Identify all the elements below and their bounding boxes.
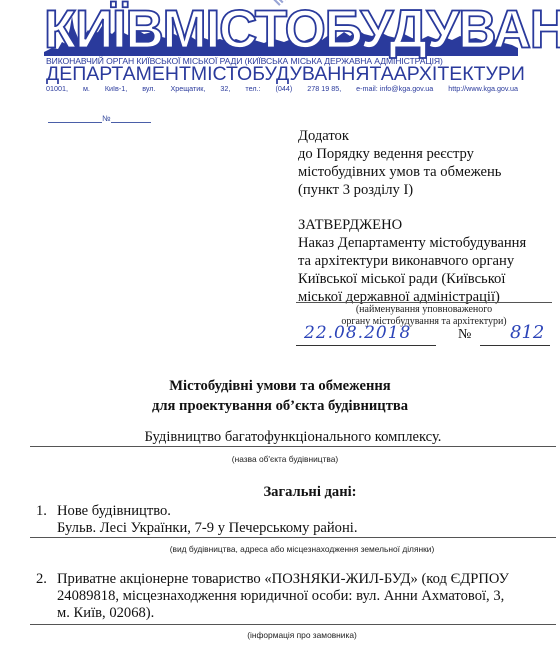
appendix-line: до Порядку ведення реєстру xyxy=(298,145,560,163)
caption-line: (найменування уповноваженого xyxy=(296,304,552,316)
approved-line: Київської міської ради (Київської xyxy=(298,270,560,288)
item-line: Бульв. Лесі Українки, 7-9 у Печерському … xyxy=(57,520,357,537)
item-line: Нове будівництво. xyxy=(57,503,357,520)
item-line: м. Київ, 02068). xyxy=(57,605,552,622)
address-part: м. xyxy=(83,84,90,93)
appendix-line: Додаток xyxy=(298,127,560,145)
divider xyxy=(30,624,556,625)
logo-wordmark: КИЇВМІСТОБУДУВАННЯ xyxy=(44,1,518,58)
number-underline xyxy=(480,345,550,346)
dept-word: ДЕПАРТАМЕНТ xyxy=(46,64,191,84)
dept-word: ТА xyxy=(369,64,393,84)
order-date-number: 22.08.2018 № 812 xyxy=(294,325,556,347)
number-sign: № xyxy=(458,327,471,343)
title-line: Містобудівні умови та обмеження xyxy=(0,376,560,396)
website-link[interactable]: http://www.kga.gov.ua xyxy=(448,84,518,93)
contact-line: 01001, м. Київ-1, вул. Хрещатик, 32, тел… xyxy=(46,84,518,93)
item-line: Приватне акціонерне товариство «ПОЗНЯКИ-… xyxy=(57,571,552,588)
phone-number: 278 19 85, xyxy=(307,84,341,93)
phone-code: (044) xyxy=(275,84,292,93)
divider xyxy=(30,446,556,447)
approved-line: та архітектури виконавчого органу xyxy=(298,252,560,270)
letterhead-logo: КИЇВМІСТОБУДУВАННЯ xyxy=(44,8,518,56)
phone-label: тел.: xyxy=(245,84,260,93)
divider xyxy=(296,302,552,303)
item-caption: (вид будівництва, адреса або місцезнаход… xyxy=(0,544,560,554)
item-line: 24089818, місцезнаходження юридичної осо… xyxy=(57,588,552,605)
reg-number-sign: № xyxy=(102,114,111,123)
dept-word: МІСТОБУДУВАННЯ xyxy=(191,64,370,84)
address-part: 01001, xyxy=(46,84,68,93)
registration-line: № xyxy=(48,114,151,123)
address-part: 32, xyxy=(220,84,230,93)
address-part: Хрещатик, xyxy=(170,84,205,93)
title-line: для проектування об’єкта будівництва xyxy=(0,396,560,416)
item-number: 1. xyxy=(36,503,47,520)
department-title: ДЕПАРТАМЕНТ МІСТОБУДУВАННЯ ТА АРХІТЕКТУР… xyxy=(46,64,520,84)
reg-date-blank xyxy=(48,114,102,123)
item-text: Приватне акціонерне товариство «ПОЗНЯКИ-… xyxy=(57,571,552,622)
email-link[interactable]: e-mail: info@kga.gov.ua xyxy=(356,84,433,93)
reg-number-blank xyxy=(111,114,151,123)
address-part: Київ-1, xyxy=(105,84,127,93)
list-item: 1. Нове будівництво. Бульв. Лесі Українк… xyxy=(36,503,556,537)
item-text: Нове будівництво. Бульв. Лесі Українки, … xyxy=(57,503,357,537)
object-name: Будівництво багатофункціонального компле… xyxy=(0,428,560,446)
approval-block: ЗАТВЕРДЖЕНО Наказ Департаменту містобуду… xyxy=(298,216,560,306)
appendix-block: Додаток до Порядку ведення реєстру місто… xyxy=(298,127,560,199)
appendix-line: містобудівних умов та обмежень xyxy=(298,163,560,181)
item-caption: (інформація про замовника) xyxy=(0,630,560,640)
handwritten-number: 812 xyxy=(510,322,544,343)
handwritten-date: 22.08.2018 xyxy=(304,323,411,343)
dept-word: АРХІТЕКТУРИ xyxy=(394,64,525,84)
approved-heading: ЗАТВЕРДЖЕНО xyxy=(298,216,560,234)
address-part: вул. xyxy=(142,84,155,93)
list-item: 2. Приватне акціонерне товариство «ПОЗНЯ… xyxy=(36,571,552,623)
item-number: 2. xyxy=(36,571,47,588)
appendix-line: (пункт 3 розділу І) xyxy=(298,181,560,199)
document-title: Містобудівні умови та обмеження для прое… xyxy=(0,376,560,416)
section-heading: Загальні дані: xyxy=(0,484,560,501)
approved-line: Наказ Департаменту містобудування xyxy=(298,234,560,252)
date-underline xyxy=(296,345,436,346)
object-caption: (назва об'єкта будівництва) xyxy=(0,454,560,464)
divider xyxy=(30,537,556,538)
